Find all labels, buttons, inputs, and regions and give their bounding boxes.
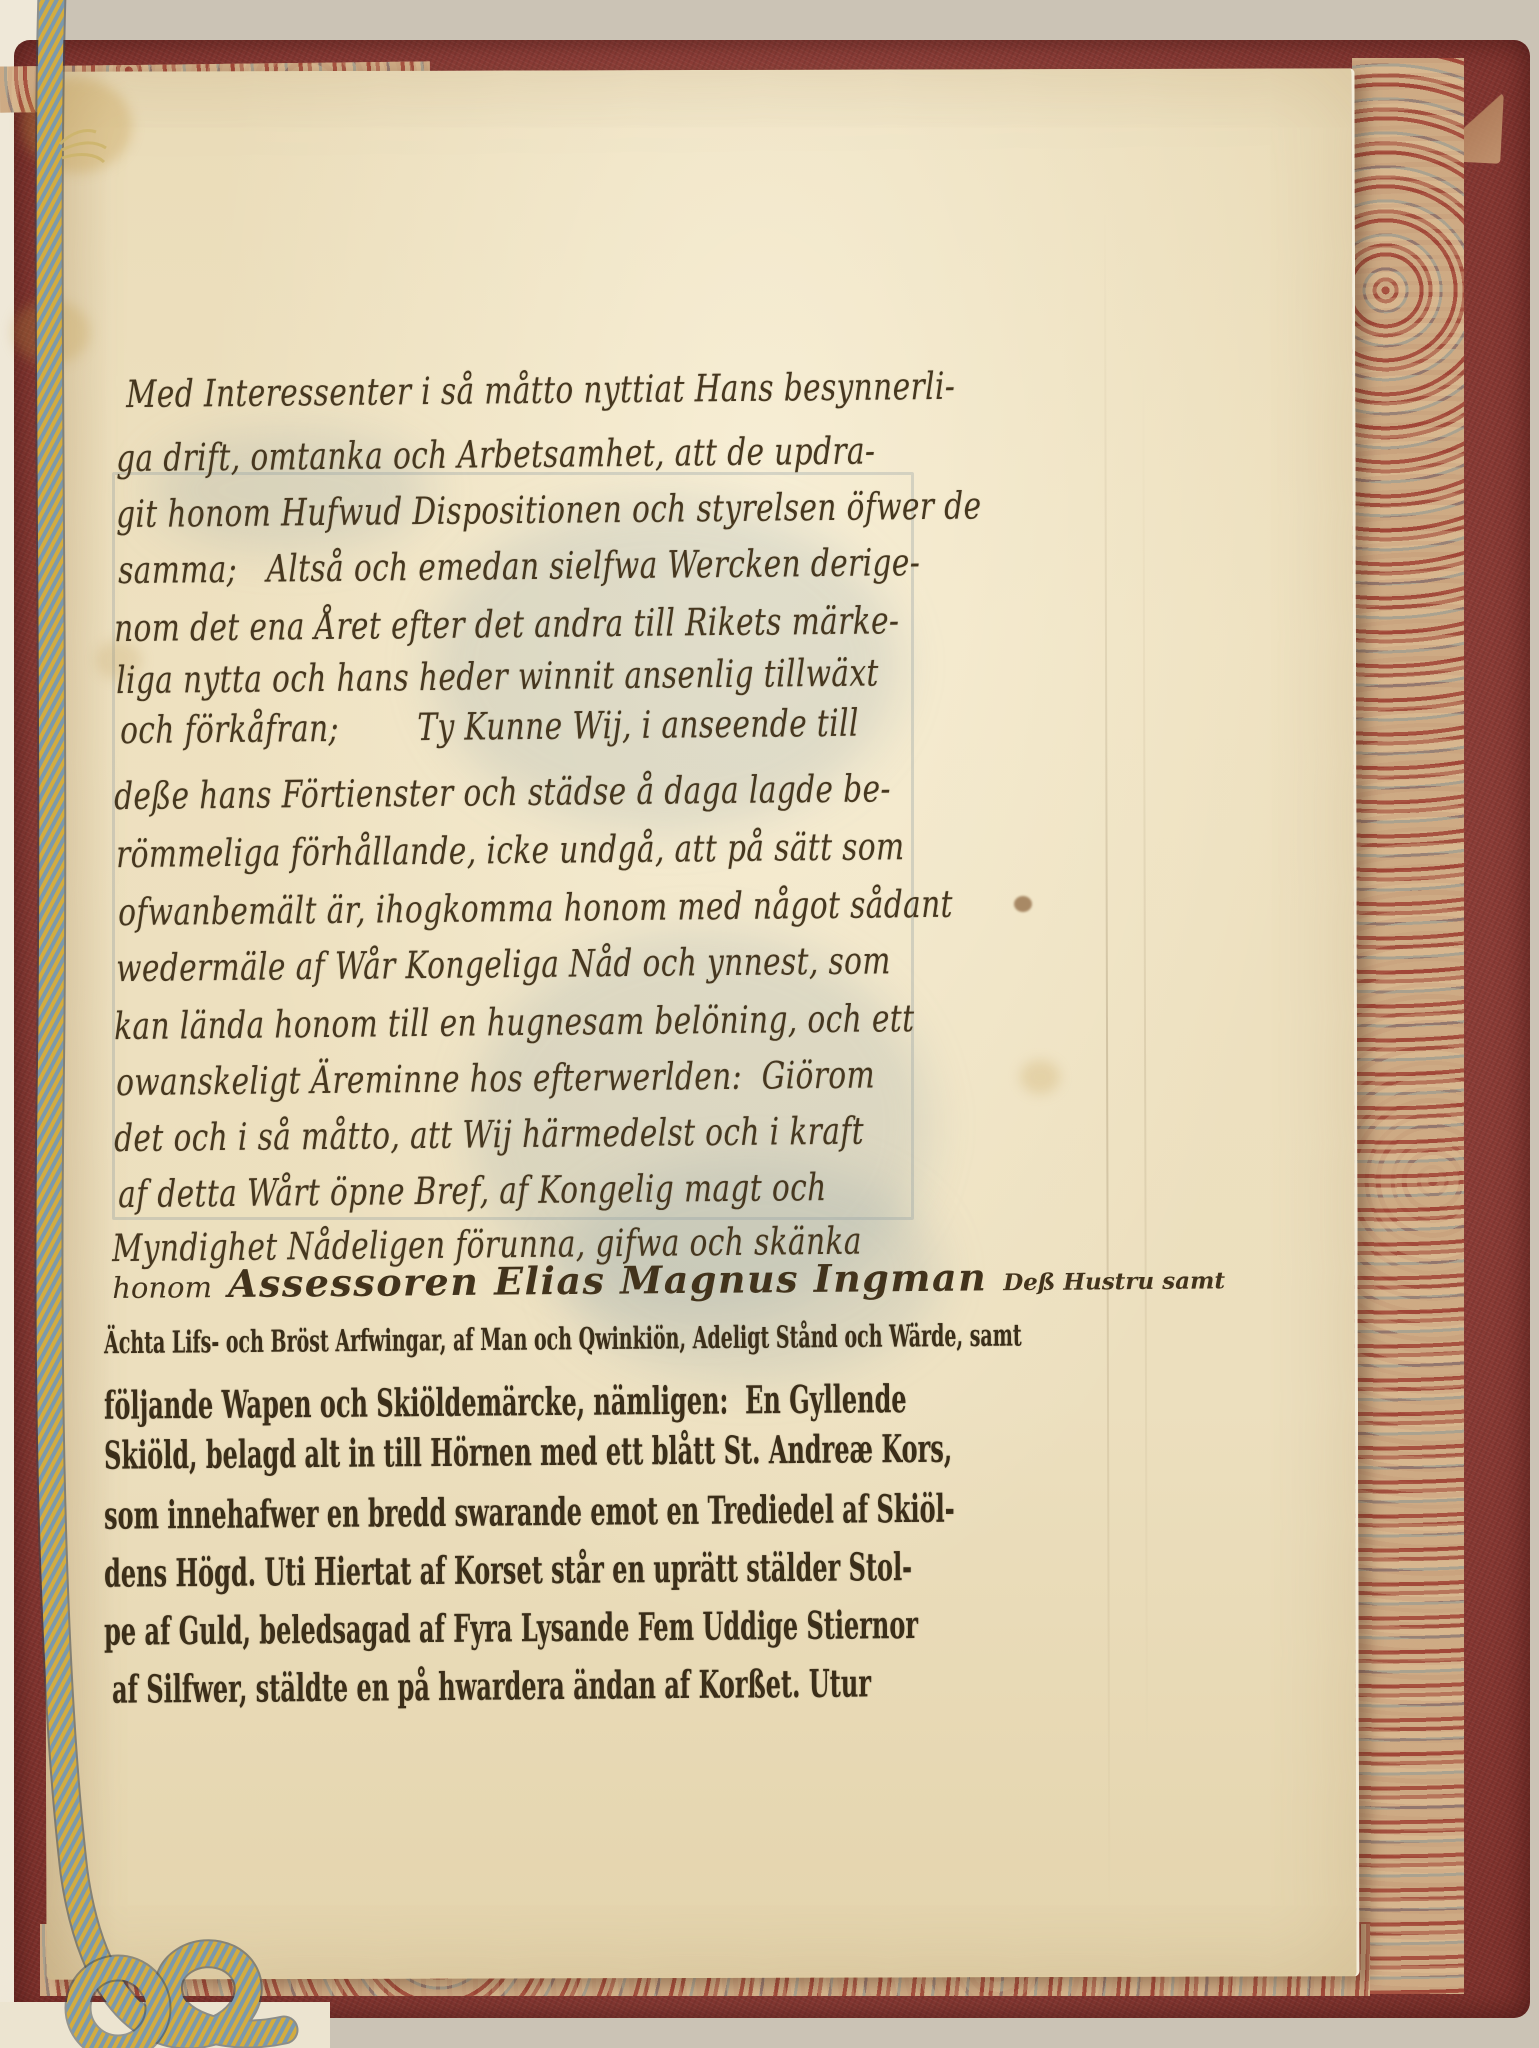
page-crease [1104, 209, 1110, 1909]
page-crease [1142, 369, 1148, 1769]
cord-frayed-end [60, 131, 106, 163]
ink-spot [1014, 896, 1032, 912]
foxing-stain [1020, 1060, 1060, 1094]
line17-suffix: Deß Hustru samt [1003, 1267, 1225, 1296]
scanned-book-photo: { "document": { "kind": "handwritten man… [0, 0, 1539, 2048]
binding-cord [0, 0, 400, 2048]
marbled-endpaper-right [1352, 58, 1464, 1994]
